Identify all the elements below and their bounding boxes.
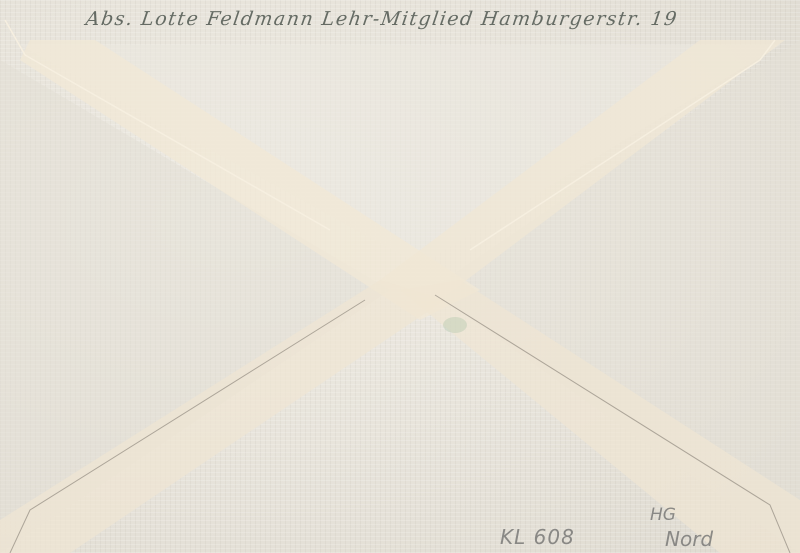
envelope-back: Abs. Lotte Feldmann Lehr-Mitglied Hambur… [0, 0, 800, 553]
pencil-catalog-number: KL 608 [500, 525, 575, 549]
envelope-flaps [0, 0, 800, 553]
stain-mark [443, 317, 467, 333]
pencil-note-hg: HG [650, 505, 676, 525]
sender-address-handwriting: Abs. Lotte Feldmann Lehr-Mitglied Hambur… [84, 8, 679, 30]
pencil-note-nord: Nord [665, 527, 713, 551]
